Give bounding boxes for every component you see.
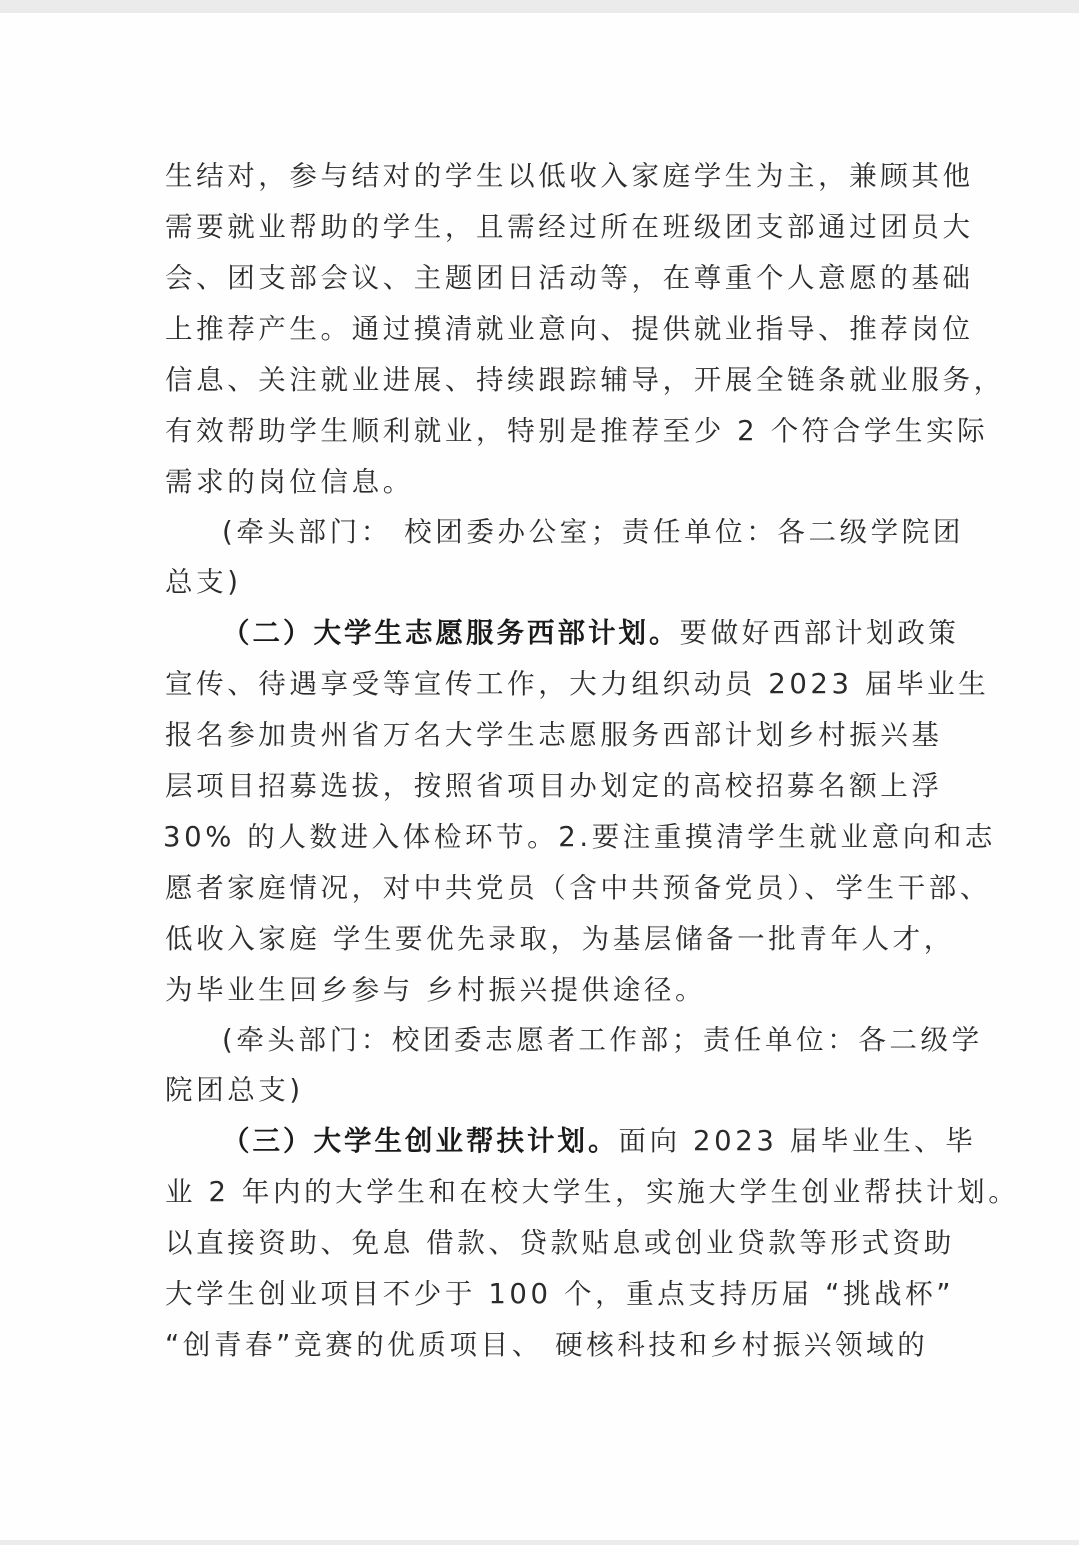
paragraph-line: 以直接资助、免息 借款、贷款贴息或创业贷款等形式资助 (165, 1223, 925, 1263)
paragraph-line: 宣传、待遇享受等宣传工作，大力组织动员 2023 届毕业生 (165, 664, 925, 704)
top-margin-band (0, 0, 1079, 13)
section-heading: （二）大学生志愿服务西部计划。 (222, 617, 680, 649)
paragraph-line: 需要就业帮助的学生，且需经过所在班级团支部通过团员大 (165, 207, 925, 247)
paragraph-line: 低收入家庭 学生要优先录取，为基层储备一批青年人才， (165, 919, 925, 959)
paragraph-line: 报名参加贵州省万名大学生志愿服务西部计划乡村振兴基 (165, 715, 925, 755)
paragraph-line: 信息、关注就业进展、持续跟踪辅导，开展全链条就业服务， (165, 360, 925, 400)
paragraph-line: 30% 的人数进入体检环节。2.要注重摸清学生就业意向和志 (163, 817, 923, 857)
section-lead-text: 要做好西部计划政策 (680, 617, 960, 649)
section-heading: （三）大学生创业帮扶计划。 (222, 1125, 619, 1157)
responsibility-note: 总支) (165, 562, 925, 602)
responsibility-note: 院团总支) (165, 1070, 925, 1110)
paragraph-line: 愿者家庭情况，对中共党员（含中共预备党员）、学生干部、 (165, 868, 925, 908)
paragraph-line: 为毕业生回乡参与 乡村振兴提供途径。 (165, 970, 925, 1010)
paragraph-line: 大学生创业项目不少于 100 个，重点支持历届 “挑战杯” (165, 1274, 925, 1314)
paragraph-line: 需求的岗位信息。 (165, 462, 925, 502)
section-heading-line: （二）大学生志愿服务西部计划。要做好西部计划政策 (222, 613, 982, 653)
paragraph-line: 层项目招募选拔，按照省项目办划定的高校招募名额上浮 (165, 766, 925, 806)
paragraph-line: 生结对，参与结对的学生以低收入家庭学生为主，兼顾其他 (165, 156, 925, 196)
responsibility-note: (牵头部门： 校团委办公室；责任单位：各二级学院团 (222, 512, 982, 552)
paragraph-line: “创青春”竞赛的优质项目、 硬核科技和乡村振兴领域的 (165, 1325, 925, 1365)
section-lead-text: 面向 2023 届毕业生、毕 (619, 1125, 977, 1157)
section-heading-line: （三）大学生创业帮扶计划。面向 2023 届毕业生、毕 (222, 1121, 982, 1161)
bottom-margin-band (0, 1540, 1079, 1545)
paragraph-line: 会、团支部会议、主题团日活动等，在尊重个人意愿的基础 (165, 258, 925, 298)
paragraph-line: 上推荐产生。通过摸清就业意向、提供就业指导、推荐岗位 (165, 309, 925, 349)
paragraph-line: 业 2 年内的大学生和在校大学生，实施大学生创业帮扶计划。 (165, 1172, 925, 1212)
paragraph-line: 有效帮助学生顺利就业，特别是推荐至少 2 个符合学生实际 (165, 411, 925, 451)
responsibility-note: (牵头部门：校团委志愿者工作部；责任单位：各二级学 (222, 1020, 982, 1060)
